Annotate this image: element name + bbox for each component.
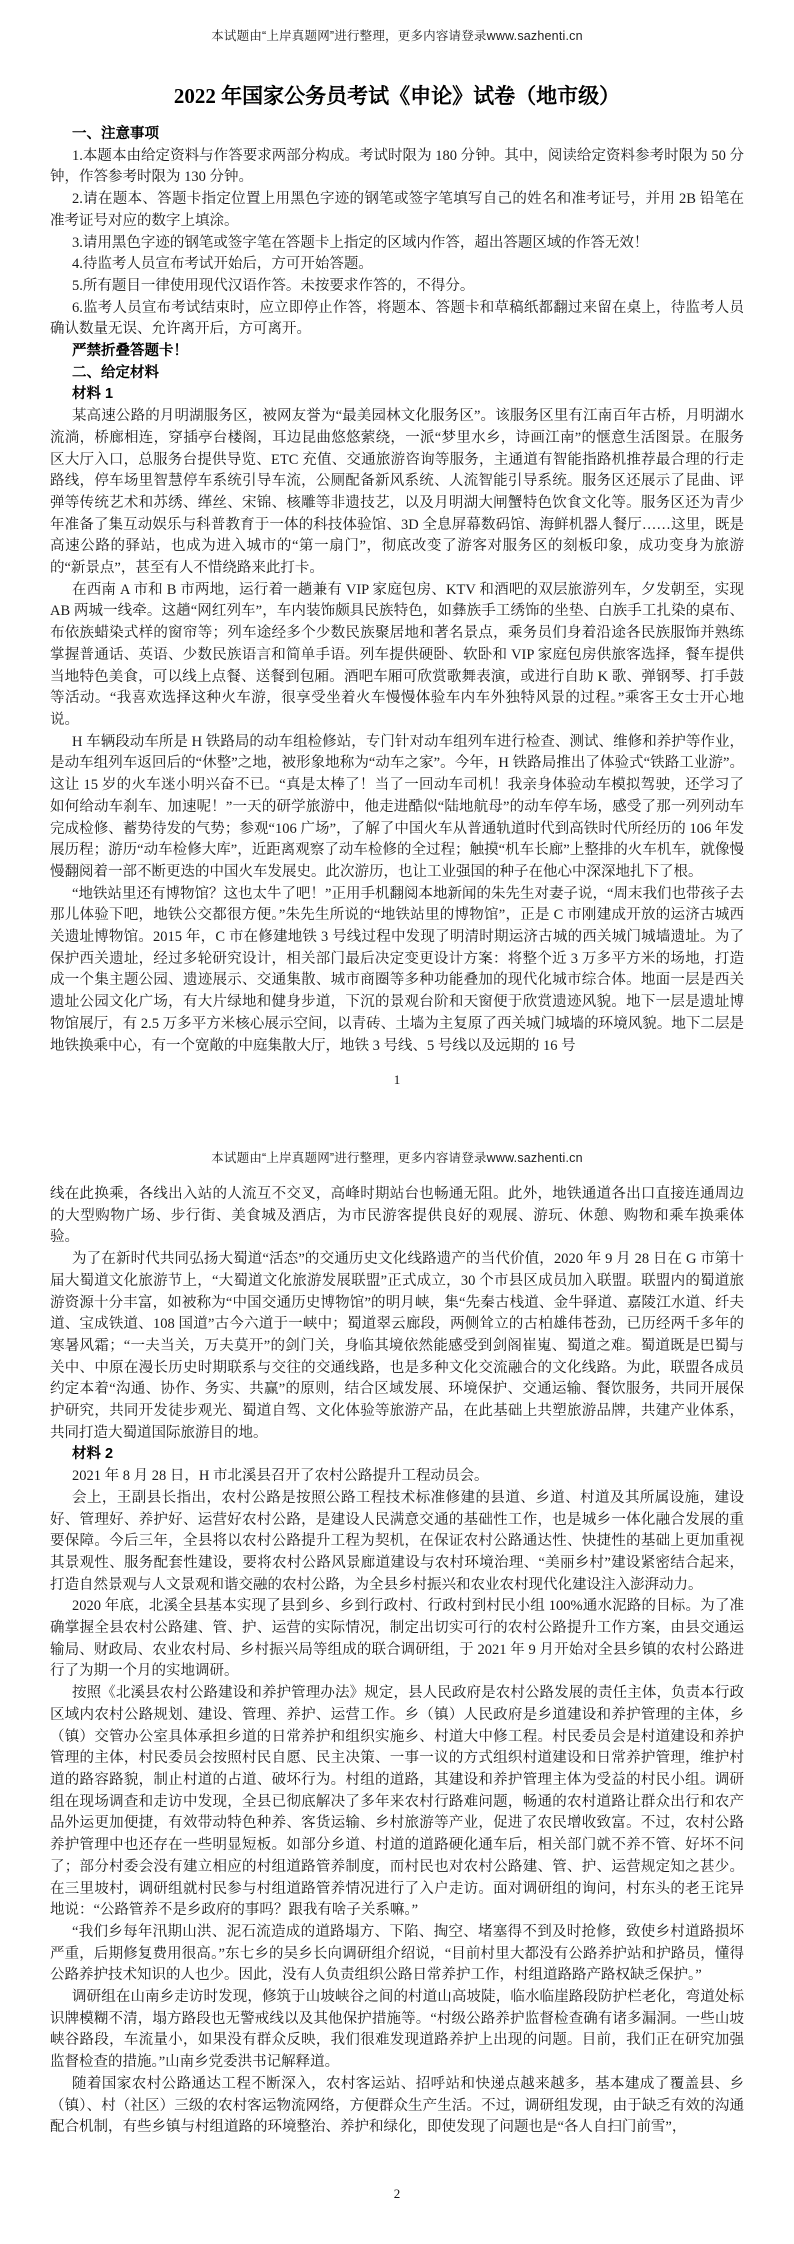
material-2-paragraph: 会上，王副县长指出，农村公路是按照公路工程技术标准修建的县道、乡道、村道及其所属… (50, 1488, 744, 1597)
section-notice-heading: 一、注意事项 (50, 124, 744, 146)
page-2-content: 线在此换乘，各线出入站的人流互不交叉，高峰时期站台也畅通无阻。此外，地铁通道各出… (0, 1184, 794, 2139)
material-1-paragraph: 为了在新时代共同弘扬大蜀道“活态”的交通历史文化线路遗产的当代价值，2020 年… (50, 1249, 744, 1444)
material-2-paragraph: 调研组在山南乡走访时发现，修筑于山坡峡谷之间的村道山高坡陡，临水临崖路段防护栏老… (50, 1987, 744, 2074)
material-1-paragraph: “地铁站里还有博物馆？这也太牛了吧！”正用手机翻阅本地新闻的朱先生对妻子说，“周… (50, 884, 744, 1058)
exam-paper-page-1: 本试题由“上岸真题网”进行整理，更多内容请登录www.sazhenti.cn 2… (0, 0, 794, 1122)
section-materials-heading: 二、给定材料 (50, 363, 744, 385)
material-2-paragraph: 随着国家农村公路通达工程不断深入，农村客运站、招呼站和快递点越来越多，基本建成了… (50, 2074, 744, 2139)
material-2-paragraph: 2020 年底，北溪全县基本实现了县到乡、乡到行政村、行政村到村民小组 100%… (50, 1596, 744, 1683)
notice-item-4: 4.待监考人员宣布考试开始后，方可开始答题。 (50, 254, 744, 276)
page-title: 2022 年国家公务员考试《申论》试卷（地市级） (0, 80, 794, 110)
material-1-heading: 材料 1 (50, 384, 744, 406)
notice-item-5: 5.所有题目一律使用现代汉语作答。未按要求作答的，不得分。 (50, 276, 744, 298)
material-1-paragraph: 某高速公路的月明湖服务区，被网友誉为“最美园林文化服务区”。该服务区里有江南百年… (50, 406, 744, 580)
material-2-paragraph: 2021 年 8 月 28 日，H 市北溪县召开了农村公路提升工程动员会。 (50, 1466, 744, 1488)
fold-warning: 严禁折叠答题卡！ (50, 341, 744, 363)
source-watermark-header: 本试题由“上岸真题网”进行整理，更多内容请登录www.sazhenti.cn (0, 0, 794, 44)
source-watermark-header: 本试题由“上岸真题网”进行整理，更多内容请登录www.sazhenti.cn (0, 1122, 794, 1166)
notice-item-3: 3.请用黑色字迹的钢笔或签字笔在答题卡上指定的区域内作答，超出答题区域的作答无效… (50, 233, 744, 255)
material-1-paragraph-continuation: 线在此换乘，各线出入站的人流互不交叉，高峰时期站台也畅通无阻。此外，地铁通道各出… (50, 1184, 744, 1249)
material-1-paragraph: H 车辆段动车所是 H 铁路局的动车组检修站，专门针对动车组列车进行检查、测试、… (50, 732, 744, 884)
page-number-2: 2 (0, 2186, 794, 2202)
page-number-1: 1 (0, 1072, 794, 1088)
page-1-content: 一、注意事项 1.本题本由给定资料与作答要求两部分构成。考试时限为 180 分钟… (0, 124, 794, 1057)
material-2-paragraph: “我们乡每年汛期山洪、泥石流造成的道路塌方、下陷、掏空、堵塞得不到及时抢修，致使… (50, 1922, 744, 1987)
notice-item-6: 6.监考人员宣布考试结束时，应立即停止作答，将题本、答题卡和草稿纸都翻过来留在桌… (50, 298, 744, 341)
notice-item-2: 2.请在题本、答题卡指定位置上用黑色字迹的钢笔或签字笔填写自己的姓名和准考证号，… (50, 189, 744, 232)
material-2-paragraph: 按照《北溪县农村公路建设和养护管理办法》规定，县人民政府是农村公路发展的责任主体… (50, 1683, 744, 1922)
material-1-paragraph: 在西南 A 市和 B 市两地，运行着一趟兼有 VIP 家庭包房、KTV 和酒吧的… (50, 580, 744, 732)
material-2-heading: 材料 2 (50, 1444, 744, 1466)
exam-paper-page-2: 本试题由“上岸真题网”进行整理，更多内容请登录www.sazhenti.cn 线… (0, 1122, 794, 2244)
notice-item-1: 1.本题本由给定资料与作答要求两部分构成。考试时限为 180 分钟。其中，阅读给… (50, 146, 744, 189)
